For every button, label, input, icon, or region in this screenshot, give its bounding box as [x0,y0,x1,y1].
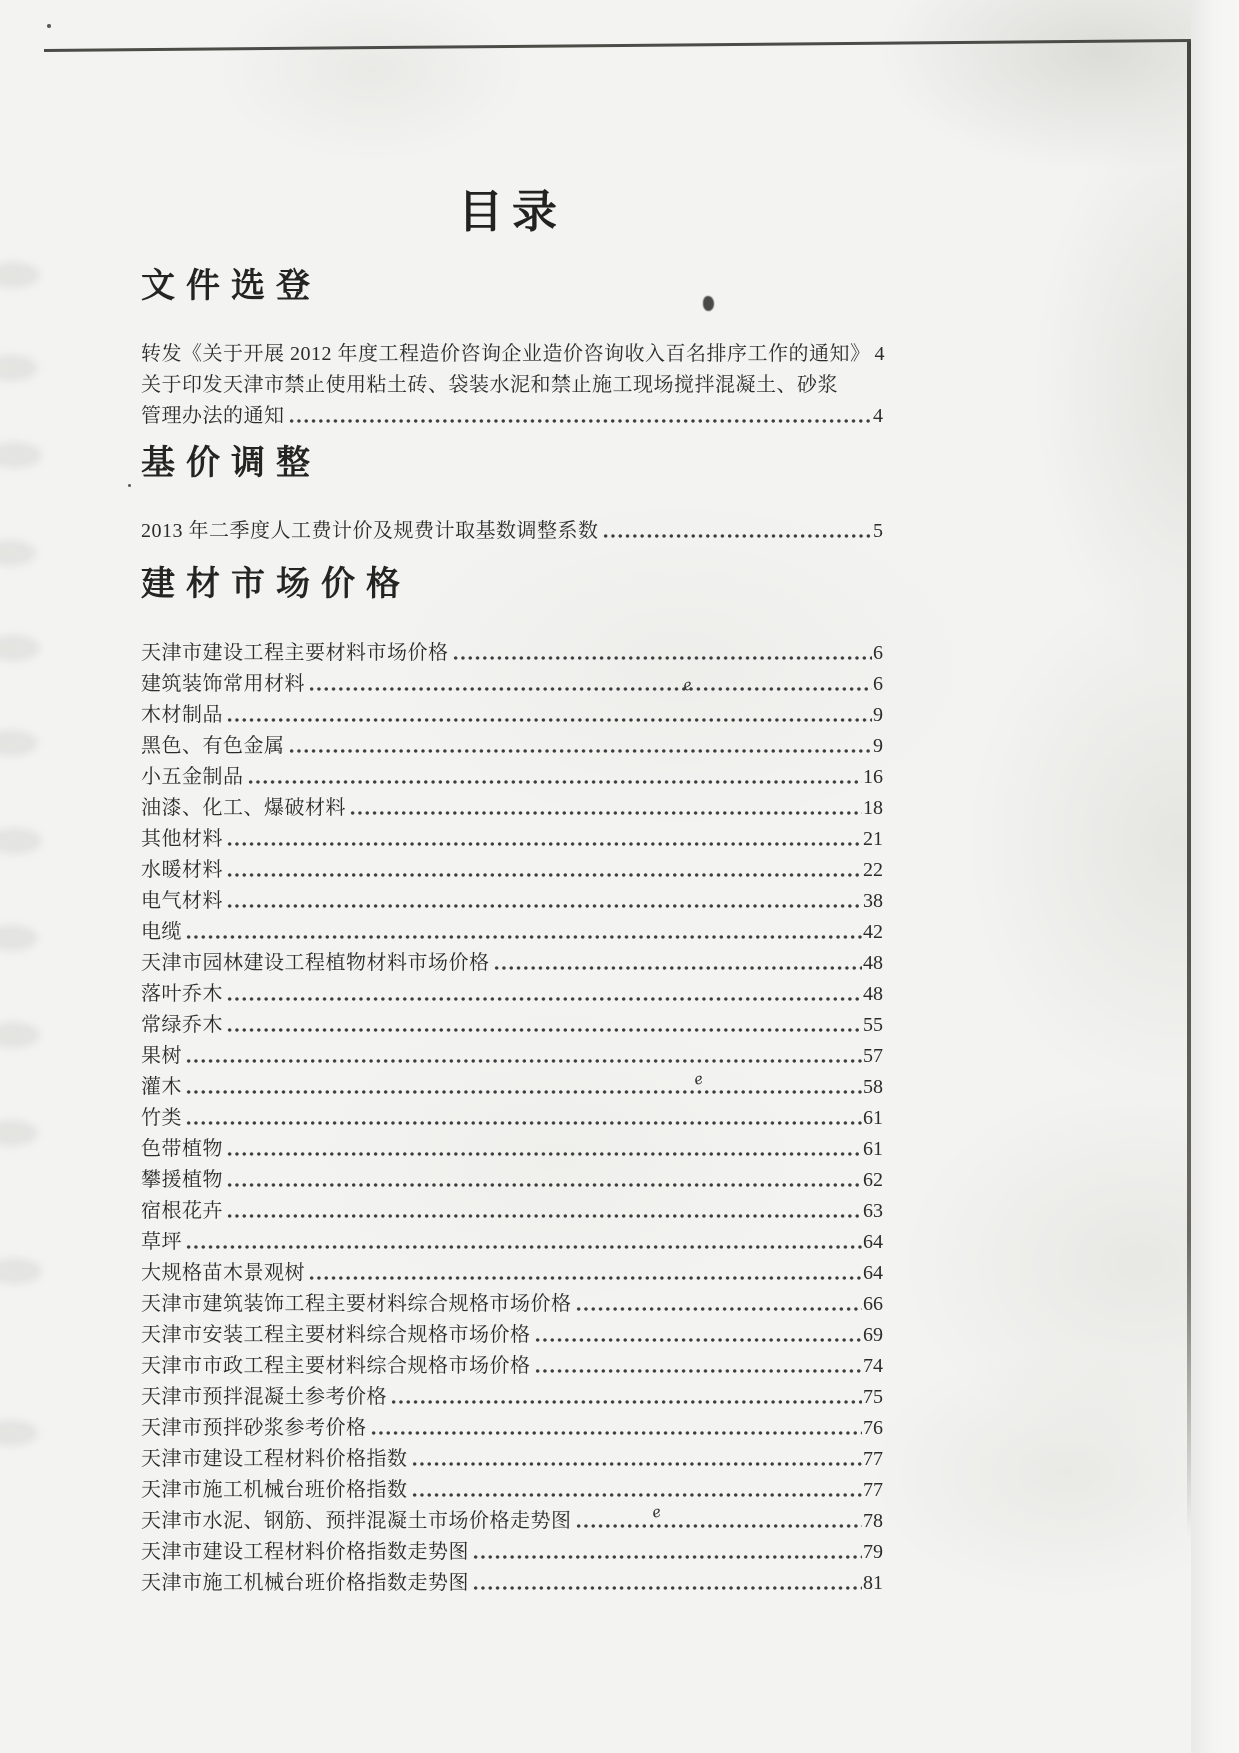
toc-content: 目录 文件选登 转发《关于开展 2012 年度工程造价咨询企业造价咨询收入百名排… [141,0,883,1597]
toc-entry-text: 木材制品 [141,702,223,729]
toc-entry-text: 天津市建设工程主要材料市场价格 [141,640,449,667]
scan-smudge [0,925,38,951]
dotted-leader [226,1213,862,1219]
toc-body: 文件选登 转发《关于开展 2012 年度工程造价咨询企业造价咨询收入百名排序工作… [141,265,883,1597]
toc-entry-text: 攀援植物 [141,1167,223,1194]
toc-entry-text: 天津市建筑装饰工程主要材料综合规格市场价格 [141,1291,572,1318]
toc-entry-text: 天津市水泥、钢筋、预拌混凝土市场价格走势图 [141,1508,572,1535]
toc-entry-text: 天津市市政工程主要材料综合规格市场价格 [141,1353,531,1380]
toc-entry-text: 天津市预拌混凝土参考价格 [141,1384,387,1411]
toc-entry-page: 78 [863,1508,883,1535]
toc-row: 木材制品 9 [141,698,883,729]
toc-row: 宿根花卉 63 [141,1194,883,1225]
page-title: 目录 [141,187,883,237]
toc-section: 文件选登 转发《关于开展 2012 年度工程造价咨询企业造价咨询收入百名排序工作… [141,265,883,430]
dotted-leader [185,934,862,940]
section-heading: 建材市场价格 [141,563,883,607]
toc-entry-page: 6 [873,671,883,698]
toc-entry-text: 电气材料 [141,888,223,915]
toc-row: 天津市安装工程主要材料综合规格市场价格 69 [141,1318,883,1349]
toc-row: 天津市预拌砂浆参考价格 76 [141,1411,883,1442]
toc-row: 色带植物 61 [141,1132,883,1163]
dotted-leader [226,1151,862,1157]
dotted-leader [370,1430,863,1436]
toc-row: 果树 57 [141,1039,883,1070]
toc-entry-text: 水暖材料 [141,857,223,884]
toc-entry-page: 6 [873,640,883,667]
dotted-leader [185,1058,862,1064]
toc-entry-page: 58 [863,1074,883,1101]
dotted-leader [349,810,862,816]
toc-row: 天津市建设工程材料价格指数走势图 79 [141,1535,883,1566]
section-entries: 转发《关于开展 2012 年度工程造价咨询企业造价咨询收入百名排序工作的通知》 … [141,337,883,430]
scanned-page: ℯ ℯ ℯ 目录 文件选登 转发《关于开展 2012 年度工程造价咨询企业造价咨… [0,0,1239,1753]
toc-section: 基价调整 2013 年二季度人工费计价及规费计取基数调整系数 5 [141,442,883,545]
toc-row: 管理办法的通知 4 [141,399,883,430]
dotted-leader [534,1368,863,1374]
dotted-leader [226,717,872,723]
toc-entry-page: 61 [863,1136,883,1163]
scan-smudge [0,1120,38,1146]
ink-speck [128,484,131,487]
toc-entry-page: 5 [873,518,883,545]
toc-row: 电缆 42 [141,915,883,946]
toc-entry-page: 77 [863,1477,883,1504]
dotted-leader [534,1337,863,1343]
toc-entry-text: 其他材料 [141,826,223,853]
toc-row: 落叶乔木 48 [141,977,883,1008]
toc-row: 2013 年二季度人工费计价及规费计取基数调整系数 5 [141,514,883,545]
toc-entry-text: 天津市施工机械台班价格指数走势图 [141,1570,469,1597]
toc-entry-text: 天津市安装工程主要材料综合规格市场价格 [141,1322,531,1349]
section-heading: 文件选登 [141,265,883,309]
toc-entry-text: 建筑装饰常用材料 [141,671,305,698]
toc-entry-text: 关于印发天津市禁止使用粘土砖、袋装水泥和禁止施工现场搅拌混凝土、砂浆 [141,372,838,399]
toc-entry-page: 4 [873,403,883,430]
dotted-leader [452,655,873,661]
dotted-leader [226,841,862,847]
toc-entry-text: 转发《关于开展 2012 年度工程造价咨询企业造价咨询收入百名排序工作的通知》 [141,341,871,368]
dotted-leader [308,1275,862,1281]
toc-row: 攀援植物 62 [141,1163,883,1194]
scan-smudge [0,540,36,566]
toc-entry-page: 76 [863,1415,883,1442]
toc-entry-text: 小五金制品 [141,764,244,791]
toc-entry-page: 74 [863,1353,883,1380]
dotted-leader [226,1027,862,1033]
toc-entry-page: 79 [863,1539,883,1566]
toc-entry-page: 9 [873,733,883,760]
toc-section: 建材市场价格 天津市建设工程主要材料市场价格 6 建筑装饰常用材料 6 木材制品… [141,563,883,1596]
toc-entry-page: 62 [863,1167,883,1194]
scan-smudge [0,828,42,854]
toc-entry-text: 果树 [141,1043,182,1070]
dotted-leader [308,686,872,692]
dotted-leader [185,1120,862,1126]
toc-row: 电气材料 38 [141,884,883,915]
toc-entry-page: 75 [863,1384,883,1411]
toc-row: 常绿乔木 55 [141,1008,883,1039]
toc-entry-text: 常绿乔木 [141,1012,223,1039]
dotted-leader [493,965,863,971]
scan-smudge [0,355,38,381]
toc-entry-page: 16 [863,764,883,791]
scan-smudge [0,262,40,288]
dotted-leader [185,1089,862,1095]
toc-entry-text: 2013 年二季度人工费计价及规费计取基数调整系数 [141,518,599,545]
toc-entry-text: 色带植物 [141,1136,223,1163]
dotted-leader [226,996,862,1002]
toc-entry-page: 48 [863,950,883,977]
toc-row: 天津市建筑装饰工程主要材料综合规格市场价格 66 [141,1287,883,1318]
toc-entry-page: 66 [863,1291,883,1318]
toc-entry-page: 22 [863,857,883,884]
toc-row: 天津市预拌混凝土参考价格 75 [141,1380,883,1411]
toc-row: 草坪 64 [141,1225,883,1256]
dotted-leader [185,1244,862,1250]
toc-row: 天津市水泥、钢筋、预拌混凝土市场价格走势图 78 [141,1504,883,1535]
scan-smudge [0,730,38,756]
dotted-leader [411,1461,863,1467]
toc-row: 黑色、有色金属 9 [141,729,883,760]
toc-row: 灌木 58 [141,1070,883,1101]
scan-smudge [0,1258,42,1284]
toc-entry-page: 18 [863,795,883,822]
dotted-leader [575,1523,863,1529]
scan-right-edge-line [1187,42,1191,1537]
scan-smudge [0,1420,38,1446]
toc-entry-text: 灌木 [141,1074,182,1101]
toc-entry-page: 4 [875,341,885,368]
toc-row: 其他材料 21 [141,822,883,853]
dotted-leader [247,779,863,785]
toc-entry-text: 天津市建设工程材料价格指数走势图 [141,1539,469,1566]
section-entries: 天津市建设工程主要材料市场价格 6 建筑装饰常用材料 6 木材制品 9 黑色、有… [141,636,883,1597]
scan-right-band [1191,0,1239,1753]
dotted-leader [226,903,862,909]
toc-row: 油漆、化工、爆破材料 18 [141,791,883,822]
toc-entry-text: 天津市建设工程材料价格指数 [141,1446,408,1473]
toc-entry-page: 69 [863,1322,883,1349]
toc-row: 水暖材料 22 [141,853,883,884]
toc-entry-page: 55 [863,1012,883,1039]
dotted-leader [288,748,873,754]
scan-smudge [0,1022,40,1048]
toc-entry-page: 9 [873,702,883,729]
toc-row: 天津市市政工程主要材料综合规格市场价格 74 [141,1349,883,1380]
toc-row: 大规格苗木景观树 64 [141,1256,883,1287]
toc-entry-page: 48 [863,981,883,1008]
toc-row: 天津市施工机械台班价格指数 77 [141,1473,883,1504]
toc-entry-text: 竹类 [141,1105,182,1132]
section-entries: 2013 年二季度人工费计价及规费计取基数调整系数 5 [141,514,883,545]
toc-entry-page: 42 [863,919,883,946]
toc-row: 关于印发天津市禁止使用粘土砖、袋装水泥和禁止施工现场搅拌混凝土、砂浆 [141,368,883,399]
dotted-leader [575,1306,863,1312]
toc-row: 天津市建设工程主要材料市场价格 6 [141,636,883,667]
toc-entry-page: 61 [863,1105,883,1132]
toc-row: 转发《关于开展 2012 年度工程造价咨询企业造价咨询收入百名排序工作的通知》 … [141,337,883,368]
toc-entry-text: 油漆、化工、爆破材料 [141,795,346,822]
toc-entry-page: 21 [863,826,883,853]
toc-entry-page: 81 [863,1570,883,1597]
toc-row: 天津市园林建设工程植物材料市场价格 48 [141,946,883,977]
dotted-leader [390,1399,862,1405]
toc-entry-text: 黑色、有色金属 [141,733,285,760]
toc-entry-text: 落叶乔木 [141,981,223,1008]
toc-entry-page: 38 [863,888,883,915]
dotted-leader [472,1554,862,1560]
dotted-leader [602,533,873,539]
toc-row: 建筑装饰常用材料 6 [141,667,883,698]
toc-entry-text: 天津市预拌砂浆参考价格 [141,1415,367,1442]
toc-entry-page: 64 [863,1260,883,1287]
scan-smudge [0,635,40,661]
toc-entry-text: 电缆 [141,919,182,946]
toc-row: 天津市施工机械台班价格指数走势图 81 [141,1566,883,1597]
dotted-leader [288,418,873,424]
dotted-leader [472,1585,862,1591]
toc-entry-text: 天津市施工机械台班价格指数 [141,1477,408,1504]
dotted-leader [226,872,862,878]
toc-entry-page: 77 [863,1446,883,1473]
toc-row: 小五金制品 16 [141,760,883,791]
dotted-leader [411,1492,863,1498]
toc-entry-text: 天津市园林建设工程植物材料市场价格 [141,950,490,977]
toc-row: 天津市建设工程材料价格指数 77 [141,1442,883,1473]
toc-entry-page: 57 [863,1043,883,1070]
ink-speck [47,24,51,28]
toc-entry-page: 64 [863,1229,883,1256]
toc-entry-text: 大规格苗木景观树 [141,1260,305,1287]
toc-entry-text: 管理办法的通知 [141,403,285,430]
toc-entry-text: 宿根花卉 [141,1198,223,1225]
toc-entry-page: 63 [863,1198,883,1225]
toc-entry-text: 草坪 [141,1229,182,1256]
toc-row: 竹类 61 [141,1101,883,1132]
dotted-leader [226,1182,862,1188]
scan-smudge [0,442,42,468]
section-heading: 基价调整 [141,442,883,486]
